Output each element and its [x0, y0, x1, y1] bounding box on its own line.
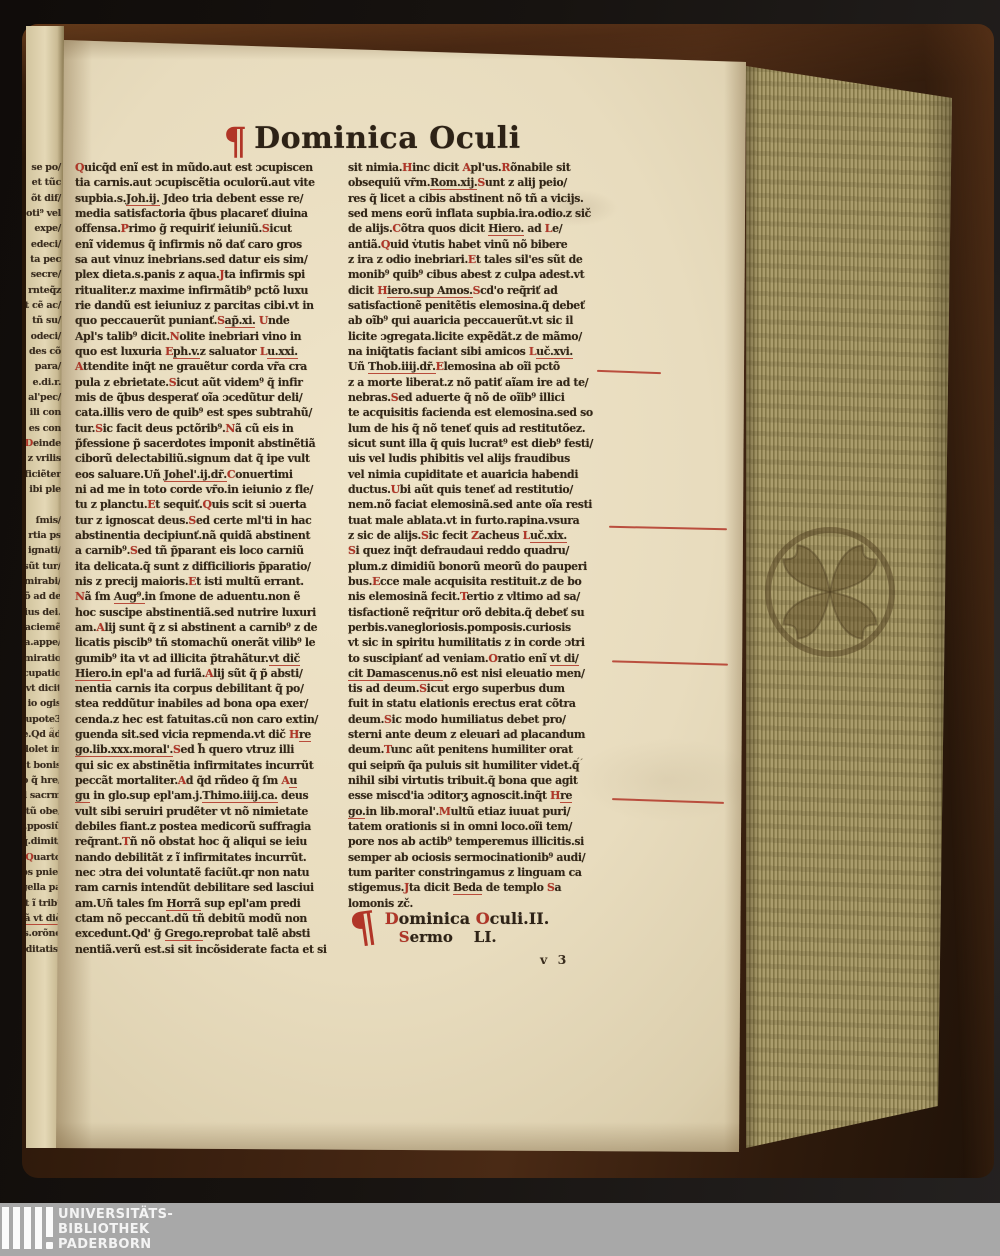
text-line: deum.Sic modo humiliatus debet pro/ — [348, 712, 616, 727]
sliver-text-line: expe/ — [34, 221, 61, 236]
text-line: req̃rant.Tñ nõ obstat hoc q̃ aliqui se i… — [75, 834, 343, 849]
sliver-text-line: cupatio — [26, 666, 61, 681]
text-line: Si quez inq̃t defraudaui reddo quadru/ — [348, 543, 616, 558]
text-line: deum.Tunc aũt penitens humiliter orat — [348, 742, 616, 757]
text-line: eos saluare.Uñ Johel'.ij.dr̃.Conuertimi — [75, 467, 343, 482]
sliver-text-line: tñ su/ — [32, 313, 61, 328]
text-line: gu in glo.sup epl'am.j.Thimo.iiij.ca. de… — [75, 788, 343, 803]
sliver-text-line: o q̃ hre/ — [26, 773, 61, 788]
text-line: ctam nõ peccant.dũ tñ debitũ modũ non — [75, 911, 343, 926]
text-line: go.lib.xxx.moral'.Sed h̃ quero vtruz ill… — [75, 742, 343, 757]
text-line: nis z precij maioris.Et isti multũ erran… — [75, 574, 343, 589]
sliver-text-line: q̃.dimit/ — [26, 834, 61, 849]
text-line: antiã.Quid v̇tutis habet vinũ nõ bibere — [348, 237, 616, 252]
text-line: media satisfactoria q̃bus placareť diuin… — [75, 206, 343, 221]
text-line: esse miscd'ia ɔditorʒ agnoscit.inq̃t Hre — [348, 788, 616, 803]
text-line: na iniq̃tatis faciant sibi amicos Luč.xv… — [348, 344, 616, 359]
sliver-text-line: odeci/ — [31, 329, 61, 344]
sliver-text-line: ps pnie. — [26, 865, 61, 880]
text-line: a carnib⁹.Sed tñ p̃parant eis loco carni… — [75, 543, 343, 558]
text-line: z sic de alijs.Sic fecit Zacheus Luč.xix… — [348, 528, 616, 543]
text-line: peccãt mortaliter.Ad q̃d rñdeo q̃ ſm Au — [75, 773, 343, 788]
text-line: sit nimia.Hinc dicit Apl'us.Rõnabile sit — [348, 160, 616, 175]
book-page: ¶Dominica Oculi Quicq̃d enĩ est in mũdo.… — [56, 40, 746, 1152]
sliver-text-line: it ĩ trib⁹ — [26, 896, 61, 911]
sliver-text-line: secre/ — [31, 267, 61, 282]
sliver-text-line: para/ — [35, 359, 61, 374]
sliver-text-line: irtũ obe/ — [26, 804, 61, 819]
text-line: nentia carnis ita corpus debilitant q̃ p… — [75, 681, 343, 696]
text-line: stigemus.Jta dicit Beda de templo Sa — [348, 880, 616, 895]
text-line: licatis piscib⁹ tñ stomachũ onerãt vilib… — [75, 635, 343, 650]
sliver-text-line: oti⁹ vel — [26, 206, 61, 221]
text-line: bus.Ecce male acquisita restituit.z de b… — [348, 574, 616, 589]
text-line: qui sic ex abstinẽtia infirmitates incur… — [75, 758, 343, 773]
sliver-text-line: des cõ — [29, 344, 61, 359]
text-line: nec ɔtra dei voluntatẽ faciũt.qr non nat… — [75, 865, 343, 880]
sliver-text-line: faciemẽ — [26, 620, 61, 635]
text-line: enĩ videmus q̃ infirmis nõ dať caro gros — [75, 237, 343, 252]
text-line: debiles fiant.z postea medicorũ suffragi… — [75, 819, 343, 834]
sliver-text-line: edeci/ — [31, 237, 61, 252]
sliver-text-line: z vrilis — [28, 451, 61, 466]
sliver-text-line: es con — [29, 421, 61, 436]
sliver-text-line: mirabi/ — [26, 574, 61, 589]
text-line: abstinentia decipiunť.nã quidã abstinent — [75, 528, 343, 543]
text-line: monib⁹ quib⁹ cibus abest z culpa adest.v… — [348, 267, 616, 282]
sliver-text-line: ã vt dič — [26, 911, 61, 926]
text-line: Hiero.in epl'a ad furiã.Alij sũt q̃ p̃ a… — [75, 666, 343, 681]
text-line: tia carnis.aut ɔcupiscẽtia oculorũ.aut v… — [75, 175, 343, 190]
text-line: tu z planctu.Et sequiť.Quis scit si ɔuer… — [75, 497, 343, 512]
colophon-title: Dominica Oculi.II. — [385, 910, 550, 928]
text-line: ab oĩb⁹ qui auaricia peccauerũt.vt sic i… — [348, 313, 616, 328]
text-line: ni ad me in toto corde vr̃o.in ieiunio z… — [75, 482, 343, 497]
text-line: ciborũ delectabiliũ.signum dat q̃ ipe vu… — [75, 451, 343, 466]
text-line: hoc suscipe abstinentiã.sed nutrire luxu… — [75, 605, 343, 620]
text-line: sa aut vinuz inebrians.sed datur eis sim… — [75, 252, 343, 267]
text-column-left: Quicq̃d enĩ est in mũdo.aut est ɔcupisce… — [75, 160, 343, 957]
sliver-text-line: ili con — [30, 405, 61, 420]
sliver-text-line: ficiẽter — [26, 467, 61, 482]
text-line: z ira z odio inebriari.Et tales sil'es s… — [348, 252, 616, 267]
sliver-text-line: ſmis/ — [36, 513, 61, 528]
sliver-text-line: sũt tur/ — [26, 559, 61, 574]
sliver-text-line: s.orõne — [26, 926, 61, 941]
text-line: gumib⁹ ita vt ad illicita p̃trahãtur.vt … — [75, 651, 343, 666]
text-line: Attendite inq̃t ne grauẽtur corda vr̃a c… — [75, 359, 343, 374]
sliver-text-line: Quarto — [26, 850, 61, 865]
text-line: res q̃ licet a cibis abstinent nõ tñ a v… — [348, 191, 616, 206]
sliver-text-line: Deinde — [26, 436, 61, 451]
text-line: satisfactionẽ penitẽtis elemosina.q̃ deb… — [348, 298, 616, 313]
library-name-line: UNIVERSITÄTS- — [58, 1207, 173, 1222]
text-line: vel nimia cupiditate et auaricia habendi — [348, 467, 616, 482]
text-line: cata.illis vero de quib⁹ est spes subtra… — [75, 405, 343, 420]
text-line: tis ad deum.Sicut ergo superbus dum — [348, 681, 616, 696]
text-line: ita delicata.q̃ sunt z difficilioris p̃p… — [75, 559, 343, 574]
text-line: rie dandũ est ieiuniuz z parcitas cibi.v… — [75, 298, 343, 313]
sliver-text-line: t cẽ ac/ — [26, 298, 61, 313]
sliver-text-line: rnteq̃z — [28, 283, 61, 298]
text-line: p̃fessione p̃ sacerdotes imponit abstinẽ… — [75, 436, 343, 451]
text-line: quo est luxuria Eph.v.z saluator Lu.xxi. — [75, 344, 343, 359]
text-line: supbia.s.Joh.ij. Jdeo tria debent esse r… — [75, 191, 343, 206]
text-line: offensa.Primo g̃ requiriť ieiuniũ.Sicut — [75, 221, 343, 236]
text-line: sed mens eorũ inflata supbia.ira.odio.z … — [348, 206, 616, 221]
text-line: Quicq̃d enĩ est in mũdo.aut est ɔcupisce… — [75, 160, 343, 175]
text-line: perbis.vanegloriosis.pomposis.curiosis — [348, 620, 616, 635]
text-line: guenda sit.sed vicia repmenda.vt dič Hre — [75, 727, 343, 742]
sliver-text-line: tupote3 — [26, 712, 61, 727]
sliver-text-line: miratio — [26, 651, 61, 666]
sliver-text-line: e.di.r. — [32, 375, 61, 390]
text-line: nem.nõ faciat elemosinã.sed ante oĩa res… — [348, 497, 616, 512]
sliver-text-line: ditatis. — [26, 942, 61, 957]
sliver-text-line: a.appe/ — [26, 635, 61, 650]
text-line: licite ɔgregata.licite expẽdãt.z de mãmo… — [348, 329, 616, 344]
rubric-paraph-icon: ¶ — [224, 119, 248, 163]
text-line: plum.z dimidiũ bonorũ meorũ do pauperi — [348, 559, 616, 574]
text-line: tisfactionẽ req̃ritur orõ debita.q̃ debe… — [348, 605, 616, 620]
text-line: tur.Sic facit deus pctõrib⁹.Nã cũ eis in — [75, 421, 343, 436]
text-line: sterni ante deum z eleuari ad placandum — [348, 727, 616, 742]
text-line: plex dieta.s.panis z aqua.Jta infirmis s… — [75, 267, 343, 282]
book-photo: se po/et tũcõt dif/oti⁹ velexpe/edeci/ta… — [0, 0, 1000, 1256]
text-line: uis vel ludis phibitis vel alijs fraudib… — [348, 451, 616, 466]
text-line: nebras.Sed aduerte q̃ nõ de oĩib⁹ illici — [348, 390, 616, 405]
sliver-text-line: al'pec/ — [28, 390, 61, 405]
library-name-line: PADERBORN — [58, 1237, 173, 1252]
text-line: nentiã.verũ est.si sit incõsiderate fact… — [75, 942, 343, 957]
sliver-text-line: ignati/ — [28, 543, 61, 558]
sliver-text-line: o.pposiũ — [26, 819, 61, 834]
text-column-right: sit nimia.Hinc dicit Apl'us.Rõnabile sit… — [348, 160, 616, 911]
sliver-text-line: vt dicit — [26, 681, 61, 696]
text-line: vt sic in spiritu humilitatis z in corde… — [348, 635, 616, 650]
heading-title: Dominica Oculi — [254, 121, 521, 156]
text-line: dicit Hiero.sup Amos.Scd'o req̃riť ad — [348, 283, 616, 298]
sliver-text-line: õt dif/ — [31, 191, 61, 206]
sliver-text-line: ius dei. — [26, 605, 61, 620]
text-line: cenda.z hec est fatuitas.cũ non caro ext… — [75, 712, 343, 727]
sliver-text-line: õ ad de — [26, 589, 61, 604]
text-line: pula z ebrietate.Sicut aũt videm⁹ q̃ inf… — [75, 375, 343, 390]
text-line: to suscipianť ad veniam.Oratio enĩ vt di… — [348, 651, 616, 666]
text-line: te acquisitis facienda est elemosina.sed… — [348, 405, 616, 420]
library-banner: UNIVERSITÄTS-BIBLIOTHEKPADERBORN — [0, 1203, 1000, 1256]
text-line: excedunt.Qd' g̃ Grego.reprobat talẽ abst… — [75, 926, 343, 941]
sliver-text-line: e.Qd ad — [26, 727, 61, 742]
text-line: lum de his q̃ nõ teneť quis ad restitutõ… — [348, 421, 616, 436]
sliver-text-line: ibi ple — [29, 482, 61, 497]
library-name: UNIVERSITÄTS-BIBLIOTHEKPADERBORN — [58, 1207, 173, 1252]
sliver-text-line: rtia ps — [28, 528, 61, 543]
text-line: ram carnis intendũt debilitare sed lasci… — [75, 880, 343, 895]
text-line: stea reddũtur inabiles ad bona opa exer/ — [75, 696, 343, 711]
text-line: mis de q̃bus desperať oĩa ɔcedũtur deli/ — [75, 390, 343, 405]
signature-mark: v 3 — [540, 952, 569, 967]
text-line: quo peccauerũt punianť.Sap̃.xi. Unde — [75, 313, 343, 328]
text-line: de alijs.Cõtra quos dicit Hiero. ad Le/ — [348, 221, 616, 236]
sliver-text-line: et tũc — [32, 175, 61, 190]
text-line: ductus.Ubi aũt quis teneť ad restitutio/ — [348, 482, 616, 497]
text-line: ritualiter.z maxime infirmãtib⁹ pctõ lux… — [75, 283, 343, 298]
text-line: sicut sunt illa q̃ quis lucrat⁹ est dieb… — [348, 436, 616, 451]
text-line: cit Damascenus.nõ est nisi eleuatio men/ — [348, 666, 616, 681]
text-line: nando debilitãt z ĩ infirmitates incurrũ… — [75, 850, 343, 865]
text-line: am.Uñ tales ſm Horrã sup epl'am predi — [75, 896, 343, 911]
text-line: vult sibi seruiri prudẽter vt nõ nimieta… — [75, 804, 343, 819]
text-line: semper ab ociosis sermocinationib⁹ audi/ — [348, 850, 616, 865]
text-line: Nã ſm Aug⁹.in ſmone de aduentu.non ẽ — [75, 589, 343, 604]
library-name-line: BIBLIOTHEK — [58, 1222, 173, 1237]
colophon: ¶ Dominica Oculi.II. Sermo LI. — [350, 908, 549, 948]
cross-emblem-icon — [758, 520, 903, 665]
text-line: nihil sibi virtutis tribuit.q̃ bona que … — [348, 773, 616, 788]
text-line: z a morte liberat.z nõ patiť aĩam ire ad… — [348, 375, 616, 390]
text-line: tum pariter constringamus z linguam ca — [348, 865, 616, 880]
sliver-text-line: se po/ — [31, 160, 61, 175]
text-line: fuit in statu elationis erectus erat cõt… — [348, 696, 616, 711]
sliver-text-line: gella pa — [26, 880, 61, 895]
text-line: nis elemosinã fecit.Tertio z vltimo ad s… — [348, 589, 616, 604]
colophon-sermo: Sermo LI. — [385, 928, 550, 946]
text-line: tuat male ablata.vt in furto.rapina.vsur… — [348, 513, 616, 528]
text-line: am.Alij sunt q̃ z si abstinent a carnib⁹… — [75, 620, 343, 635]
sliver-text-line: ta pec — [30, 252, 61, 267]
text-line: Uñ Thob.iiij.dr̃.Elemosina ab oĩi pctõ — [348, 359, 616, 374]
sliver-text-line: d sacrm — [26, 788, 61, 803]
text-line: obsequiũ vr̃m.Rom.xij.Sunt z alij peio/ — [348, 175, 616, 190]
sliver-text-line: t bonis — [26, 758, 61, 773]
sliver-text-line: dolet in — [26, 742, 61, 757]
text-line: tur z ignoscat deus.Sed certe ml'ti in h… — [75, 513, 343, 528]
sliver-text-line: io ogis — [28, 696, 61, 711]
text-line: tatem orationis si in omni loco.oĩi tem/ — [348, 819, 616, 834]
text-line: go.in lib.moral'.Multũ etiaz iuuat puri/ — [348, 804, 616, 819]
text-line: Apl's talib⁹ dicit.Nolite inebriari vino… — [75, 329, 343, 344]
rubric-paraph-icon: ¶ — [347, 906, 379, 949]
text-line: pore nos ab actib⁹ temperemus illicitis.… — [348, 834, 616, 849]
ub-paderborn-logo-icon — [2, 1207, 52, 1255]
